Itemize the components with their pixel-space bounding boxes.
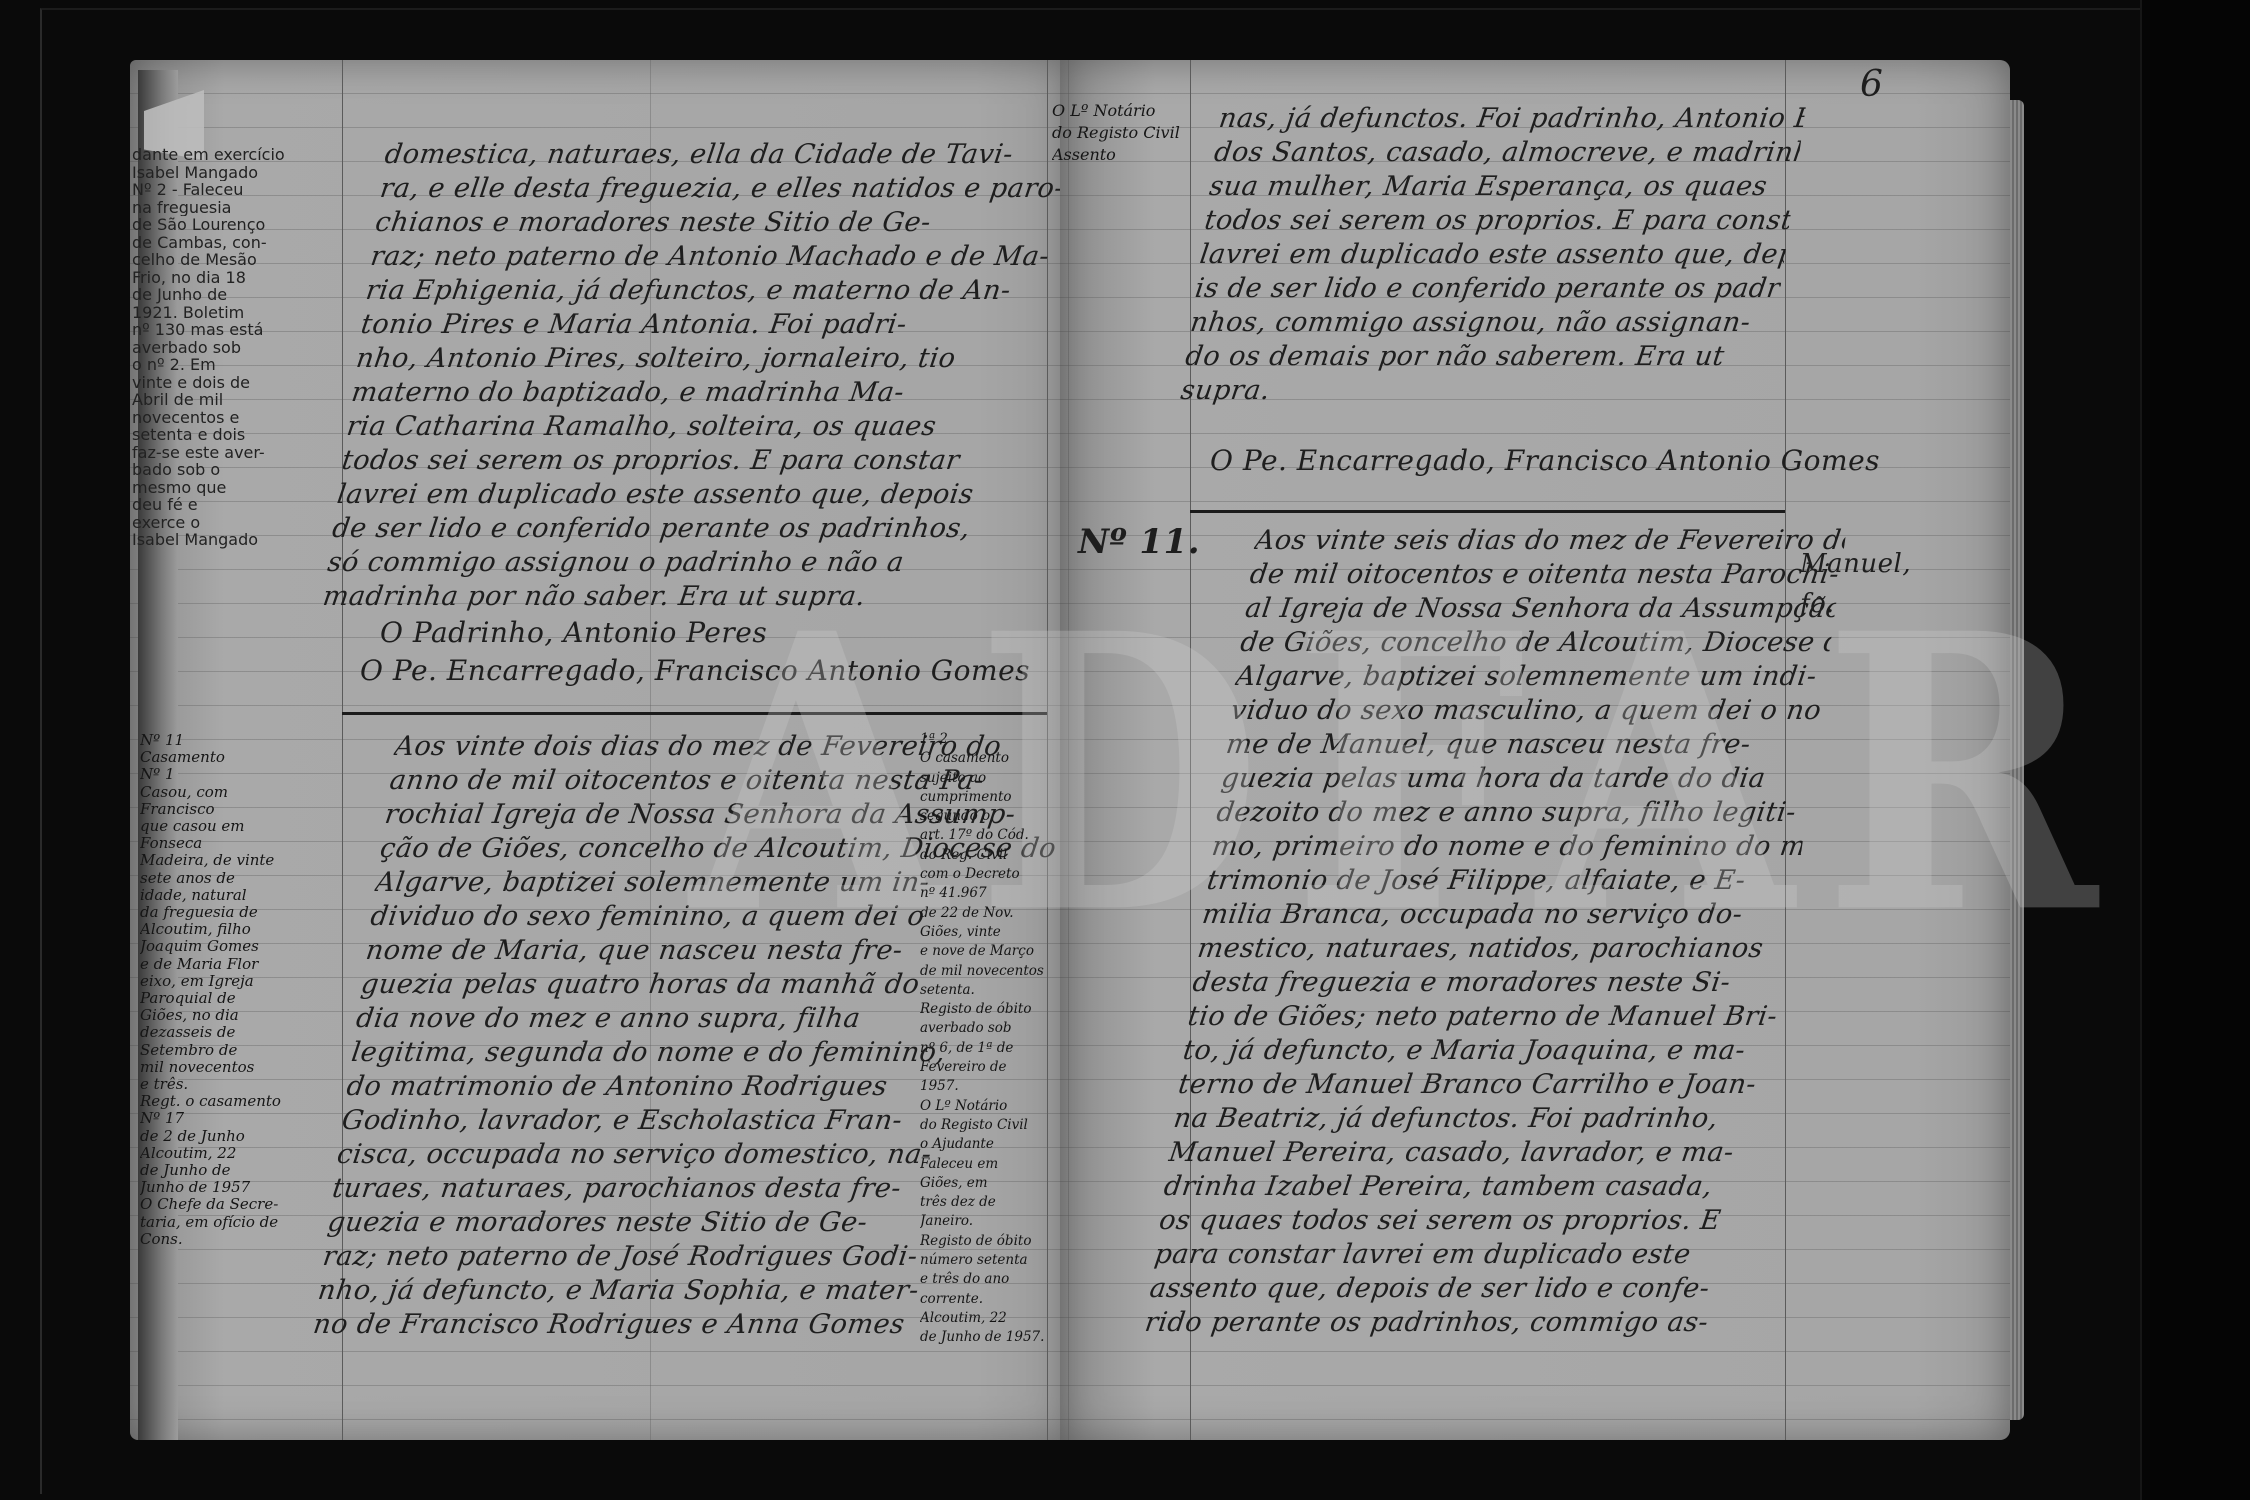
- entry-top-continuation: domestica, naturaes, ella da Cidade de T…: [321, 138, 1078, 614]
- gutter-note-line: segundo o: [920, 807, 1050, 826]
- entry-line: lavrei em duplicado este assento que, de…: [335, 478, 1030, 512]
- margin-note-line: Frio, no dia 18: [132, 269, 340, 287]
- gutter-note-line: de Junho de 1957.: [920, 1328, 1050, 1347]
- book-binding-background: [2140, 0, 2250, 1500]
- entry-line: Aos vinte seis dias do mez de Fevereiro …: [1253, 524, 1848, 558]
- entry-line: de ser lido e conferido perante os padri…: [330, 512, 1025, 546]
- entry-line: dezoito do mez e anno supra, filho legit…: [1214, 796, 1809, 830]
- page-number: 6: [1860, 64, 1883, 105]
- entry-line: os quaes todos sei serem os proprios. E: [1157, 1204, 1752, 1238]
- entry-line: is de ser lido e conferido perante os pa…: [1193, 272, 1783, 306]
- margin-note-line: Assento: [1052, 144, 1192, 166]
- entry-separator-line: [342, 712, 1047, 715]
- margin-note-line: dante em exercício: [132, 146, 340, 164]
- margin-note-line: da freguesia de: [140, 904, 340, 921]
- entry-line: dos Santos, casado, almocreve, e madrinh…: [1212, 136, 1802, 170]
- entry-line: nhos, commigo assignou, não assignan-: [1188, 306, 1778, 340]
- margin-note-line: exerce o: [132, 514, 340, 532]
- entry-line: nho, já defuncto, e Maria Sophia, e mate…: [316, 1274, 1011, 1308]
- entry-line: ria Catharina Ramalho, solteira, os quae…: [344, 410, 1039, 444]
- gutter-note-line: de 22 de Nov.: [920, 904, 1050, 923]
- entry-separator-line-right: [1190, 510, 1785, 513]
- entry-line: ria Ephigenia, já defunctos, e materno d…: [364, 274, 1059, 308]
- margin-note-line: que casou em: [140, 818, 340, 835]
- margin-note-line: de São Lourenço: [132, 216, 340, 234]
- margin-note-line: faz-se este aver-: [132, 444, 340, 462]
- margin-note-line: Casamento: [140, 749, 340, 766]
- entry-line: na Beatriz, já defunctos. Foi padrinho,: [1171, 1102, 1766, 1136]
- margin-note-line: Abril de mil: [132, 391, 340, 409]
- margin-note-line: sete anos de: [140, 870, 340, 887]
- margin-note-line: O Chefe da Secre-: [140, 1196, 340, 1213]
- margin-note-line: Setembro de: [140, 1042, 340, 1059]
- margin-note-line: Francisco: [140, 801, 340, 818]
- gutter-note-line: três dez de: [920, 1193, 1050, 1212]
- margin-note-line: 1921. Boletim: [132, 304, 340, 322]
- entry-line: nas, já defunctos. Foi padrinho, Antonio…: [1217, 102, 1807, 136]
- entry-baptism-manuel: Aos vinte seis dias do mez de Fevereiro …: [1143, 524, 1848, 1340]
- margin-name-line: Manuel,: [1800, 544, 1911, 584]
- entry-line: terno de Manuel Branco Carrilho e Joan-: [1176, 1068, 1771, 1102]
- entry-line: tonio Pires e Maria Antonia. Foi padri-: [359, 308, 1054, 342]
- margin-note-line: de Junho de: [140, 1162, 340, 1179]
- gutter-note-line: e três do ano: [920, 1270, 1050, 1289]
- gutter-note-line: nº 6, de 1ª de: [920, 1039, 1050, 1058]
- margin-note-line: averbado sob: [132, 339, 340, 357]
- signature-godfather: O Padrinho, Antonio Peres: [380, 616, 767, 649]
- margin-note-line: do Registo Civil: [1052, 122, 1192, 144]
- margin-note-line: e de Maria Flor: [140, 956, 340, 973]
- margin-note-line: Alcoutim, filho: [140, 921, 340, 938]
- margin-note-line: bado sob o: [132, 461, 340, 479]
- margin-note-line: e três.: [140, 1076, 340, 1093]
- gutter-note-line: do Registo Civil: [920, 1116, 1050, 1135]
- gutter-note-line: com o Decreto: [920, 865, 1050, 884]
- entry-line: nho, Antonio Pires, solteiro, jornaleiro…: [354, 342, 1049, 376]
- entry-line: trimonio de José Filippe, alfaiate, e E-: [1205, 864, 1800, 898]
- margin-note-line: Cons.: [140, 1231, 340, 1248]
- gutter-note-line: o Ajudante: [920, 1135, 1050, 1154]
- gutter-note-line: O casamento: [920, 749, 1050, 768]
- margin-note-line: Casou, com: [140, 784, 340, 801]
- margin-note-line: Alcoutim, 22: [140, 1145, 340, 1162]
- entry-line: assento que, depois de ser lido e confe-: [1147, 1272, 1742, 1306]
- margin-note-line: Nº 11: [140, 732, 340, 749]
- gutter-note-line: Registo de óbito: [920, 1232, 1050, 1251]
- margin-note-line: Madeira, de vinte: [140, 852, 340, 869]
- margin-note-line: celho de Mesão: [132, 251, 340, 269]
- gutter-note-line: de mil novecentos: [920, 962, 1050, 981]
- margin-note-line: o nº 2. Em: [132, 356, 340, 374]
- gutter-note-line: averbado sob: [920, 1019, 1050, 1038]
- gutter-note-line: do Reg. Civil: [920, 846, 1050, 865]
- entry-line: materno do baptizado, e madrinha Ma-: [349, 376, 1044, 410]
- entry-line: de Giões, concelho de Alcoutim, Diocese …: [1238, 626, 1833, 660]
- margin-note-line: de Junho de: [132, 286, 340, 304]
- entry-line: Algarve, baptizei solemnemente um indi-: [1233, 660, 1828, 694]
- margin-note-line: novecentos e: [132, 409, 340, 427]
- gutter-note-line: Giões, em: [920, 1174, 1050, 1193]
- entry-line: al Igreja de Nossa Senhora da Assumpção: [1243, 592, 1838, 626]
- margin-note-line: mesmo que: [132, 479, 340, 497]
- entry-line: para constar lavrei em duplicado este: [1152, 1238, 1747, 1272]
- margin-note-line: vinte e dois de: [132, 374, 340, 392]
- gutter-note-line: O Lº Notário: [920, 1097, 1050, 1116]
- entry-line: todos sei serem os proprios. E para cons…: [340, 444, 1035, 478]
- entry-line: sua mulher, Maria Esperança, os quaes: [1207, 170, 1797, 204]
- gutter-annotation: 1ª 2O casamentosujeito aocumprimentosegu…: [920, 730, 1050, 1348]
- gutter-note-line: Alcoutim, 22: [920, 1309, 1050, 1328]
- right-page: 6 O Lº Notáriodo Registo CivilAssento na…: [1060, 60, 2010, 1440]
- entry-line: só commigo assignou o padrinho e não a: [325, 546, 1020, 580]
- margin-note-line: dezasseis de: [140, 1024, 340, 1041]
- entry-line: raz; neto paterno de José Rodrigues Godi…: [321, 1240, 1016, 1274]
- margin-note-line: taria, em ofício de: [140, 1214, 340, 1231]
- entry-line: chianos e moradores neste Sitio de Ge-: [373, 206, 1068, 240]
- entry-line: supra.: [1178, 374, 1768, 408]
- entry-line: rido perante os padrinhos, commigo as-: [1143, 1306, 1738, 1340]
- margin-note-line: de 2 de Junho: [140, 1128, 340, 1145]
- gutter-note-line: corrente.: [920, 1290, 1050, 1309]
- gutter-note-line: nº 41.967: [920, 884, 1050, 903]
- gutter-note-line: e nove de Março: [920, 942, 1050, 961]
- entry-line: ra, e elle desta freguezia, e elles nati…: [378, 172, 1073, 206]
- signature-priest: O Pe. Encarregado, Francisco Antonio Gom…: [360, 654, 1030, 687]
- right-page-gutter-rule: [1068, 60, 1069, 1440]
- entry-line: milia Branca, occupada no serviço do-: [1200, 898, 1795, 932]
- entry-line: raz; neto paterno de Antonio Machado e d…: [368, 240, 1063, 274]
- margin-note-line: idade, natural: [140, 887, 340, 904]
- entry-line: mo, primeiro do nome e do feminino do ma…: [1210, 830, 1805, 864]
- margin-note-line: mil novecentos: [140, 1059, 340, 1076]
- gutter-note-line: 1957.: [920, 1077, 1050, 1096]
- margin-note-line: Nº 17: [140, 1110, 340, 1127]
- entry-line: todos sei serem os proprios. E para cons…: [1202, 204, 1792, 238]
- entry-line: Manuel Pereira, casado, lavrador, e ma-: [1167, 1136, 1762, 1170]
- margin-note-line: eixo, em Igreja: [140, 973, 340, 990]
- margin-note-line: Fonseca: [140, 835, 340, 852]
- entry-line: madrinha por não saber. Era ut supra.: [321, 580, 1016, 614]
- margin-note-line: de Cambas, con-: [132, 234, 340, 252]
- page-stack-edge: [2010, 100, 2024, 1420]
- margin-note-line: setenta e dois: [132, 426, 340, 444]
- margin-name-note: Manuel,fo.: [1800, 544, 1911, 624]
- gutter-note-line: art. 17º do Cód.: [920, 826, 1050, 845]
- gutter-note-line: Fevereiro de: [920, 1058, 1050, 1077]
- gutter-note-line: Giões, vinte: [920, 923, 1050, 942]
- margin-note-line: Junho de 1957: [140, 1179, 340, 1196]
- entry-line: me de Manuel, que nasceu nesta fre-: [1224, 728, 1819, 762]
- entry-line: mestico, naturaes, natidos, parochianos: [1195, 932, 1790, 966]
- margin-note-line: O Lº Notário: [1052, 100, 1192, 122]
- margin-note-line: na freguesia: [132, 199, 340, 217]
- gutter-note-line: Registo de óbito: [920, 1000, 1050, 1019]
- margin-note-line: Joaquim Gomes: [140, 938, 340, 955]
- margin-note-line: Paroquial de: [140, 990, 340, 1007]
- signature-priest-right: O Pe. Encarregado, Francisco Antonio Gom…: [1210, 444, 1880, 477]
- margin-note-line: deu fé e: [132, 496, 340, 514]
- gutter-note-line: número setenta: [920, 1251, 1050, 1270]
- margin-note-line: Nº 2 - Faleceu: [132, 181, 340, 199]
- entry-line: guezia e moradores neste Sitio de Ge-: [325, 1206, 1020, 1240]
- entry-line: do os demais por não saberem. Era ut: [1183, 340, 1773, 374]
- gutter-note-line: setenta.: [920, 981, 1050, 1000]
- margin-note-notary: O Lº Notáriodo Registo CivilAssento: [1052, 100, 1192, 166]
- gutter-note-line: sujeito ao: [920, 769, 1050, 788]
- register-book-spread: dante em exercícioIsabel MangadoNº 2 - F…: [130, 60, 2010, 1440]
- gutter-note-line: 1ª 2: [920, 730, 1050, 749]
- margin-name-line: fo.: [1800, 584, 1911, 624]
- entry-line: viduo do sexo masculino, a quem dei o no…: [1229, 694, 1824, 728]
- margin-note-marriage-record: Nº 11CasamentoNº 1Casou, comFranciscoque…: [140, 732, 340, 1248]
- entry-top-continuation-right: nas, já defunctos. Foi padrinho, Antonio…: [1178, 102, 1806, 408]
- entry-line: desta freguezia e moradores neste Si-: [1190, 966, 1785, 1000]
- margin-note-line: Regt. o casamento: [140, 1093, 340, 1110]
- entry-line: to, já defuncto, e Maria Joaquina, e ma-: [1181, 1034, 1776, 1068]
- margin-note-line: Giões, no dia: [140, 1007, 340, 1024]
- entry-line: de mil oitocentos e oitenta nesta Paroch…: [1248, 558, 1843, 592]
- gutter-note-line: Faleceu em: [920, 1155, 1050, 1174]
- entry-line: lavrei em duplicado este assento que, de…: [1198, 238, 1788, 272]
- entry-number: Nº 11.: [1078, 522, 1200, 562]
- entry-line: drinha Izabel Pereira, tambem casada,: [1162, 1170, 1757, 1204]
- gutter-note-line: Janeiro.: [920, 1212, 1050, 1231]
- gutter-note-line: cumprimento: [920, 788, 1050, 807]
- entry-line: guezia pelas uma hora da tarde do dia: [1219, 762, 1814, 796]
- margin-note-death-record: dante em exercícioIsabel MangadoNº 2 - F…: [132, 146, 340, 549]
- entry-line: tio de Giões; neto paterno de Manuel Bri…: [1186, 1000, 1781, 1034]
- margin-note-line: Isabel Mangado: [132, 164, 340, 182]
- entry-line: no de Francisco Rodrigues e Anna Gomes: [311, 1308, 1006, 1342]
- margin-note-line: Nº 1: [140, 766, 340, 783]
- margin-note-line: nº 130 mas está: [132, 321, 340, 339]
- entry-line: domestica, naturaes, ella da Cidade de T…: [383, 138, 1078, 172]
- margin-note-line: Isabel Mangado: [132, 531, 340, 549]
